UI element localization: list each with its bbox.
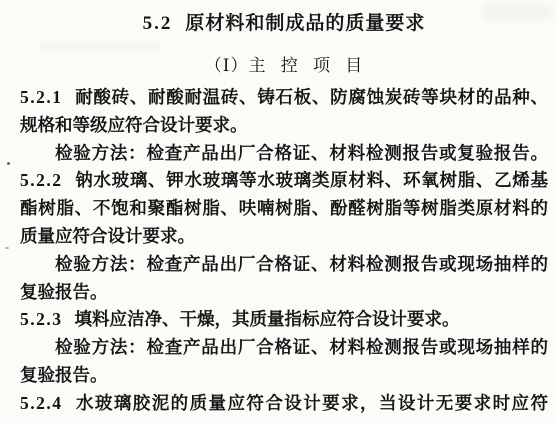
- text-line: 酯树脂、不饱和聚酯树脂、呋喃树脂、酚醛树脂等树脂类原材料的: [20, 195, 548, 223]
- clause-5-2-3: 5.2.3填料应洁净、干燥，其质量指标应符合设计要求。: [20, 306, 548, 334]
- text-line: 5.2.1耐酸砖、耐酸耐温砖、铸石板、防腐蚀炭砖等块材的品种、: [20, 84, 548, 112]
- clause-5-2-1: 5.2.1耐酸砖、耐酸耐温砖、铸石板、防腐蚀炭砖等块材的品种、 规格和等级应符合…: [20, 84, 548, 140]
- section-title: 原材料和制成品的质量要求: [185, 13, 425, 34]
- clause-number: 5.2.3: [20, 309, 63, 329]
- text-line: 质量应符合设计要求。: [20, 223, 548, 251]
- clause-number: 5.2.4: [20, 393, 63, 413]
- subsection-heading: （Ⅰ）主 控 项 目: [20, 56, 548, 76]
- text-line: 检验方法：检查产品出厂合格证、材料检测报告或现场抽样的: [20, 251, 548, 279]
- clause-5-2-4: 5.2.4水玻璃胶泥的质量应符合设计要求，当设计无要求时应符: [20, 390, 548, 418]
- clause-text: 水玻璃胶泥的质量应符合设计要求，当设计无要求时应符: [75, 393, 549, 413]
- clause-text: 耐酸砖、耐酸耐温砖、铸石板、防腐蚀炭砖等块材的品种、: [75, 87, 549, 107]
- clause-text: 填料应洁净、干燥，其质量指标应符合设计要求。: [75, 309, 460, 329]
- document-body: 5.2.1耐酸砖、耐酸耐温砖、铸石板、防腐蚀炭砖等块材的品种、 规格和等级应符合…: [20, 84, 548, 418]
- clause-number: 5.2.1: [20, 87, 63, 107]
- clause-5-2-2: 5.2.2钠水玻璃、钾水玻璃等水玻璃类原材料、环氧树脂、乙烯基 酯树脂、不饱和聚…: [20, 167, 548, 250]
- text-line: 复验报告。: [20, 362, 548, 390]
- text-line: 复验报告。: [20, 279, 548, 307]
- document-page: 5.2原材料和制成品的质量要求 （Ⅰ）主 控 项 目 5.2.1耐酸砖、耐酸耐温…: [0, 0, 557, 424]
- scan-speck: [7, 162, 10, 165]
- method-paragraph-1: 检验方法：检查产品出厂合格证、材料检测报告或复验报告。: [20, 140, 548, 168]
- section-heading: 5.2原材料和制成品的质量要求: [20, 13, 548, 35]
- text-line: 5.2.3填料应洁净、干燥，其质量指标应符合设计要求。: [20, 306, 548, 334]
- clause-text: 钠水玻璃、钾水玻璃等水玻璃类原材料、环氧树脂、乙烯基: [75, 170, 549, 190]
- clause-number: 5.2.2: [20, 170, 63, 190]
- text-line: 检验方法：检查产品出厂合格证、材料检测报告或复验报告。: [20, 140, 548, 168]
- method-paragraph-3: 检验方法：检查产品出厂合格证、材料检测报告或现场抽样的 复验报告。: [20, 334, 548, 390]
- section-number: 5.2: [143, 13, 173, 34]
- text-line: 规格和等级应符合设计要求。: [20, 112, 548, 140]
- text-line: 检验方法：检查产品出厂合格证、材料检测报告或现场抽样的: [20, 334, 548, 362]
- method-paragraph-2: 检验方法：检查产品出厂合格证、材料检测报告或现场抽样的 复验报告。: [20, 251, 548, 307]
- text-line: 5.2.2钠水玻璃、钾水玻璃等水玻璃类原材料、环氧树脂、乙烯基: [20, 167, 548, 195]
- scan-speck: [5, 247, 9, 249]
- text-line: 5.2.4水玻璃胶泥的质量应符合设计要求，当设计无要求时应符: [20, 390, 548, 418]
- scan-smudge: [40, 42, 160, 52]
